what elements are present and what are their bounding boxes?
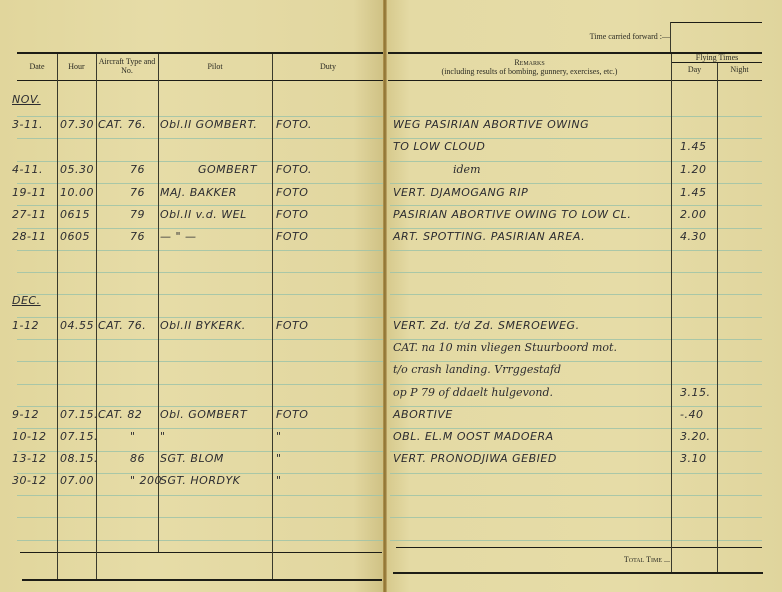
ruled-line xyxy=(17,384,383,385)
ruled-line xyxy=(390,384,762,385)
total-time-label: Total Time ... xyxy=(560,555,670,564)
cell-remark: VERT. PRONODJIWA GEBIED xyxy=(393,452,557,465)
cell-hour: 07.30 xyxy=(60,118,94,131)
cell-date: 30-12 xyxy=(12,474,46,487)
ruled-line xyxy=(17,272,383,273)
right-footer-rule-2 xyxy=(393,572,763,574)
ruled-line xyxy=(390,361,762,362)
cell-date: 4-11. xyxy=(12,163,43,176)
col-divider xyxy=(671,54,672,572)
ruled-line xyxy=(390,428,762,429)
cell-date: 1-12 xyxy=(12,319,39,332)
cell-date: 28-11 xyxy=(12,230,46,243)
cell-aircraft: 76 xyxy=(130,230,145,243)
cell-pilot: Obl.II v.d. WEL xyxy=(160,208,247,221)
cell-duty: " xyxy=(276,452,282,465)
cell-remark: ART. SPOTTING. PASIRIAN AREA. xyxy=(393,230,585,243)
ruled-line xyxy=(390,116,762,117)
header-flying-times: Flying Times xyxy=(672,53,762,62)
cell-duty: FOTO. xyxy=(276,118,312,131)
ruled-line xyxy=(390,205,762,206)
ruled-line xyxy=(390,406,762,407)
cell-duty: FOTO xyxy=(276,408,308,421)
left-header-bottom-rule xyxy=(17,80,383,81)
cell-hour: 07.00 xyxy=(60,474,94,487)
ruled-line xyxy=(17,228,383,229)
cell-day-time: 4.30 xyxy=(680,230,707,243)
cell-date: 10-12 xyxy=(12,430,46,443)
header-day: Day xyxy=(672,65,717,74)
cell-pilot: Obl. GOMBERT xyxy=(160,408,247,421)
header-night: Night xyxy=(717,65,762,74)
cell-day-time: 2.00 xyxy=(680,208,707,221)
ruled-line xyxy=(17,138,383,139)
cell-date: 3-11. xyxy=(12,118,43,131)
ruled-line xyxy=(17,250,383,251)
month-label: DEC. xyxy=(12,294,41,307)
cell-day-time: 3.15. xyxy=(680,386,711,399)
carried-forward-box-top xyxy=(670,22,762,23)
header-remarks-title: Remarks xyxy=(388,58,671,67)
ruled-line xyxy=(17,339,383,340)
header-duty: Duty xyxy=(272,62,384,71)
cell-remark: VERT. DJAMOGANG RIP xyxy=(393,186,528,199)
cell-day-time: 1.45 xyxy=(680,186,707,199)
ruled-line xyxy=(17,495,383,496)
ruled-line xyxy=(390,294,762,295)
ruled-line xyxy=(390,517,762,518)
cell-day-time: 1.45 xyxy=(680,140,707,153)
cell-aircraft: CAT. 76. xyxy=(98,319,146,332)
ruled-line xyxy=(17,361,383,362)
ruled-line xyxy=(390,317,762,318)
header-remarks: Remarks (including results of bombing, g… xyxy=(388,58,671,76)
cell-pilot: MAJ. BAKKER xyxy=(160,186,237,199)
cell-duty: FOTO xyxy=(276,186,308,199)
cell-pilot: GOMBERT xyxy=(198,163,257,176)
header-aircraft: Aircraft Type and No. xyxy=(98,57,156,75)
cell-pilot: SGT. BLOM xyxy=(160,452,224,465)
cell-pilot: " xyxy=(160,430,166,443)
cell-day-time: 3.20. xyxy=(680,430,711,443)
cell-hour: 07.15. xyxy=(60,430,98,443)
cell-aircraft: CAT. 76. xyxy=(98,118,146,131)
cell-hour: 0605 xyxy=(60,230,90,243)
ruled-line xyxy=(17,317,383,318)
ruled-line xyxy=(17,428,383,429)
cell-aircraft: 86 xyxy=(130,452,145,465)
cell-remark: WEG PASIRIAN ABORTIVE OWING xyxy=(393,118,589,131)
cell-pilot: SGT. HORDYK xyxy=(160,474,240,487)
cell-hour: 08.15. xyxy=(60,452,98,465)
month-label: NOV. xyxy=(12,93,41,106)
left-footer-rule-2 xyxy=(22,579,382,581)
ruled-line xyxy=(17,183,383,184)
ruled-line xyxy=(390,540,762,541)
right-page xyxy=(386,0,782,592)
ruled-line xyxy=(17,161,383,162)
cell-remark: ABORTIVE xyxy=(393,408,453,421)
cell-remark: TO LOW CLOUD xyxy=(393,140,485,153)
cell-duty: " xyxy=(276,430,282,443)
cell-remark: CAT. na 10 min vliegen Stuurboord mot. xyxy=(393,341,617,354)
header-date: Date xyxy=(17,62,57,71)
carried-forward-divider xyxy=(670,22,671,52)
cell-day-time: 1.20 xyxy=(680,163,707,176)
carried-forward-label: Time carried forward :— xyxy=(560,32,670,41)
header-pilot: Pilot xyxy=(158,62,272,71)
cell-date: 27-11 xyxy=(12,208,46,221)
ruled-line xyxy=(17,294,383,295)
ruled-line xyxy=(390,250,762,251)
cell-duty: FOTO xyxy=(276,319,308,332)
ruled-line xyxy=(390,138,762,139)
ruled-line xyxy=(390,161,762,162)
cell-aircraft: CAT. 82 xyxy=(98,408,142,421)
cell-date: 13-12 xyxy=(12,452,46,465)
cell-aircraft: " xyxy=(130,430,136,443)
book-gutter xyxy=(383,0,387,592)
ruled-line xyxy=(390,339,762,340)
ruled-line xyxy=(390,473,762,474)
cell-date: 9-12 xyxy=(12,408,39,421)
cell-remark: t/o crash landing. Vrrggestafd xyxy=(393,363,561,376)
cell-day-time: -.40 xyxy=(680,408,703,421)
cell-duty: " xyxy=(276,474,282,487)
header-hour: Hour xyxy=(57,62,96,71)
ruled-line xyxy=(390,272,762,273)
ruled-line xyxy=(17,205,383,206)
cell-hour: 0615 xyxy=(60,208,90,221)
right-footer-rule-1 xyxy=(396,547,762,548)
cell-hour: 04.55 xyxy=(60,319,94,332)
cell-aircraft: 76 xyxy=(130,163,145,176)
left-header-top-rule xyxy=(17,52,383,54)
left-footer-rule-1 xyxy=(20,552,382,553)
ruled-line xyxy=(390,183,762,184)
cell-aircraft: " 200 xyxy=(130,474,162,487)
cell-hour: 07.15. xyxy=(60,408,98,421)
right-header-bottom-rule xyxy=(388,80,762,81)
cell-duty: FOTO. xyxy=(276,163,312,176)
col-divider xyxy=(717,63,718,572)
cell-duty: FOTO xyxy=(276,208,308,221)
ruled-line xyxy=(17,406,383,407)
cell-date: 19-11 xyxy=(12,186,46,199)
ruled-line xyxy=(17,517,383,518)
col-divider xyxy=(96,54,97,579)
cell-pilot: — " — xyxy=(160,230,197,243)
cell-remark: VERT. Zd. t/d Zd. SMEROEWEG. xyxy=(393,319,580,332)
header-remarks-sub: (including results of bombing, gunnery, … xyxy=(388,67,671,76)
cell-remark: op P 79 of ddaelt hulgevond. xyxy=(393,386,553,399)
ruled-line xyxy=(390,228,762,229)
cell-hour: 10.00 xyxy=(60,186,94,199)
cell-aircraft: 76 xyxy=(130,186,145,199)
cell-hour: 05.30 xyxy=(60,163,94,176)
cell-pilot: Obl.II GOMBERT. xyxy=(160,118,257,131)
cell-remark: OBL. EL.M OOST MADOERA xyxy=(393,430,554,443)
cell-aircraft: 79 xyxy=(130,208,145,221)
cell-pilot: Obl.II BYKERK. xyxy=(160,319,246,332)
ruled-line xyxy=(390,495,762,496)
col-divider xyxy=(57,54,58,579)
cell-remark: idem xyxy=(453,163,481,176)
cell-remark: PASIRIAN ABORTIVE OWING TO LOW CL. xyxy=(393,208,631,221)
col-divider xyxy=(272,54,273,579)
ruled-line xyxy=(17,116,383,117)
cell-duty: FOTO xyxy=(276,230,308,243)
cell-day-time: 3.10 xyxy=(680,452,707,465)
ruled-line xyxy=(17,540,383,541)
